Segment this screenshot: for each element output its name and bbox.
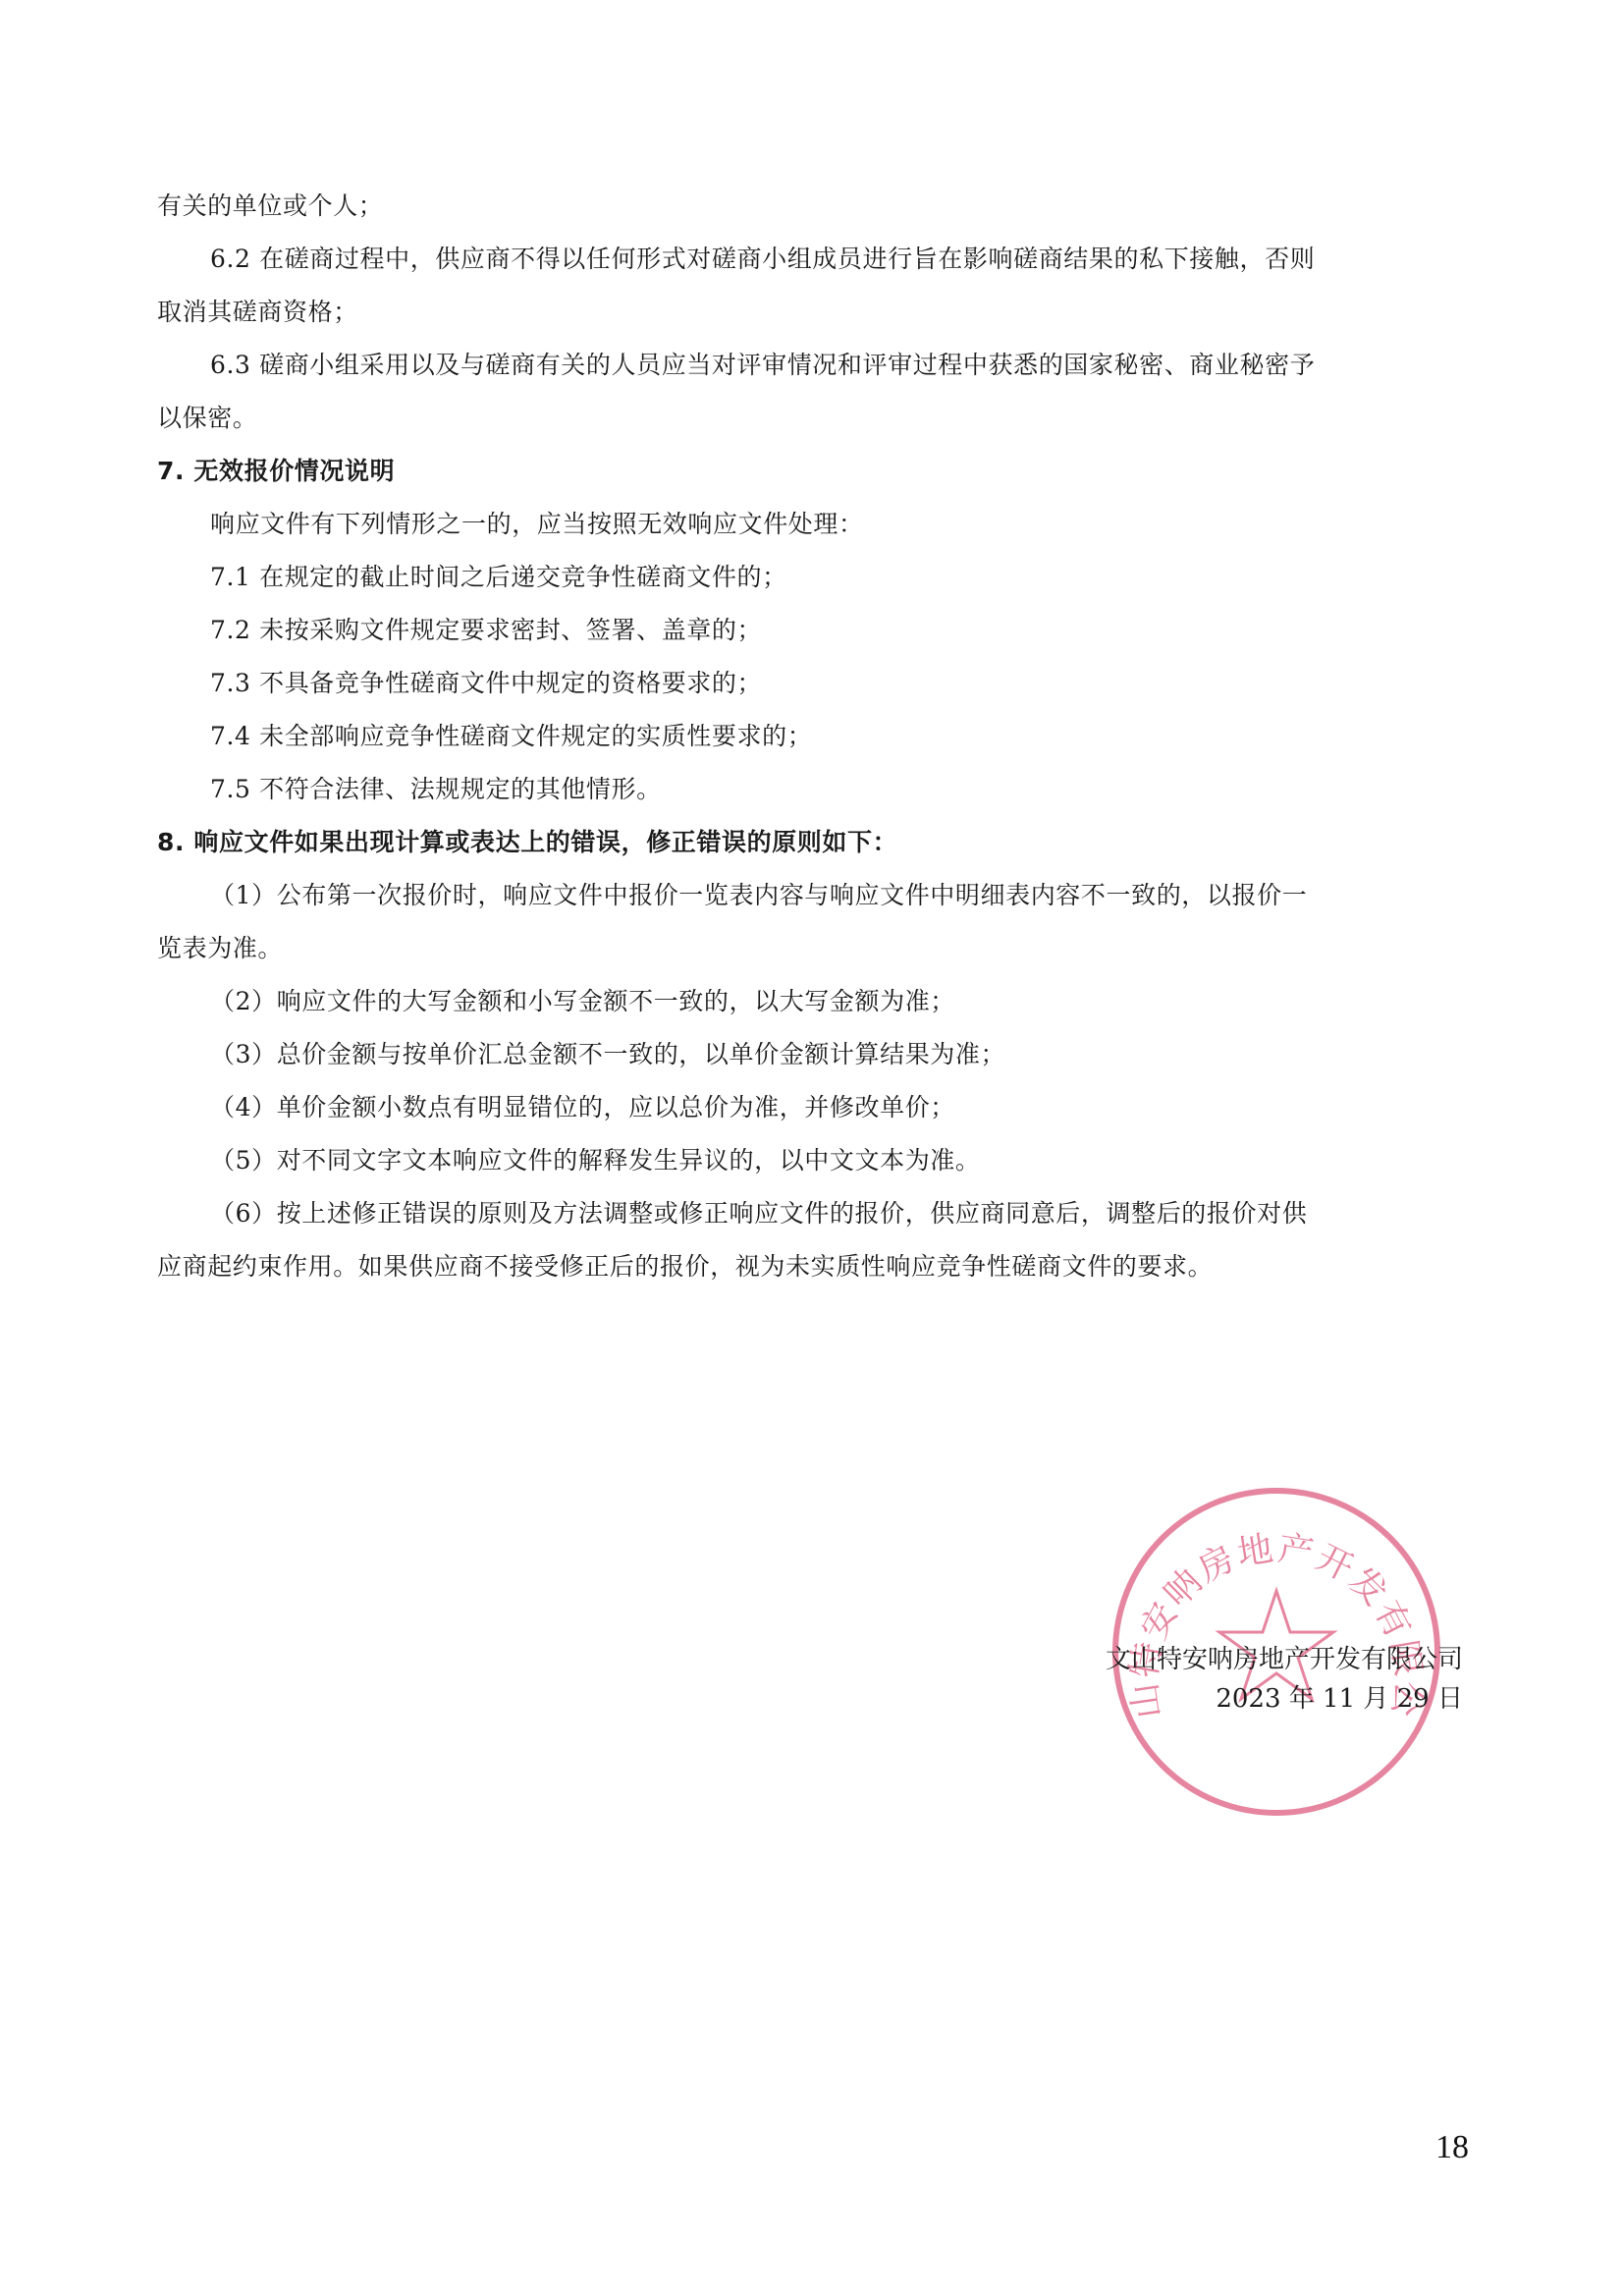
rule-4: （4）单价金额小数点有明显错位的，应以总价为准，并修改单价； <box>157 1081 1461 1134</box>
rule-2: （2）响应文件的大写金额和小写金额不一致的，以大写金额为准； <box>157 975 1461 1028</box>
document-body: 有关的单位或个人； 6.2 在磋商过程中，供应商不得以任何形式对磋商小组成员进行… <box>157 180 1461 1293</box>
signature-block: 文山特安呐房地产开发有限公司 2023 年 11 月 29 日 <box>1106 1640 1463 1719</box>
page-number: 18 <box>1435 2129 1469 2166</box>
rule-6: （6）按上述修正错误的原则及方法调整或修正响应文件的报价，供应商同意后，调整后的… <box>157 1187 1461 1240</box>
clause-7-5: 7.5 不符合法律、法规规定的其他情形。 <box>157 763 1461 816</box>
section-8-heading: 8. 响应文件如果出现计算或表达上的错误，修正错误的原则如下： <box>157 816 1461 869</box>
section-7-intro: 响应文件有下列情形之一的，应当按照无效响应文件处理： <box>157 498 1461 551</box>
document-page: 有关的单位或个人； 6.2 在磋商过程中，供应商不得以任何形式对磋商小组成员进行… <box>0 0 1623 2296</box>
text-line: 以保密。 <box>157 392 1461 445</box>
rule-5: （5）对不同文字文本响应文件的解释发生异议的，以中文文本为准。 <box>157 1134 1461 1187</box>
signature-company: 文山特安呐房地产开发有限公司 <box>1106 1640 1463 1679</box>
text-line: 有关的单位或个人； <box>157 180 1461 233</box>
text-line: 览表为准。 <box>157 922 1461 975</box>
clause-7-3: 7.3 不具备竞争性磋商文件中规定的资格要求的； <box>157 657 1461 710</box>
clause-7-2: 7.2 未按采购文件规定要求密封、签署、盖章的； <box>157 604 1461 657</box>
section-7-heading: 7. 无效报价情况说明 <box>157 445 1461 498</box>
clause-7-4: 7.4 未全部响应竞争性磋商文件规定的实质性要求的； <box>157 710 1461 763</box>
text-line: 取消其磋商资格； <box>157 286 1461 339</box>
clause-7-1: 7.1 在规定的截止时间之后递交竞争性磋商文件的； <box>157 551 1461 604</box>
clause-6-2: 6.2 在磋商过程中，供应商不得以任何形式对磋商小组成员进行旨在影响磋商结果的私… <box>157 233 1461 286</box>
clause-6-3: 6.3 磋商小组采用以及与磋商有关的人员应当对评审情况和评审过程中获悉的国家秘密… <box>157 339 1461 392</box>
rule-1: （1）公布第一次报价时，响应文件中报价一览表内容与响应文件中明细表内容不一致的，… <box>157 869 1461 922</box>
signature-date: 2023 年 11 月 29 日 <box>1106 1679 1463 1719</box>
text-line: 应商起约束作用。如果供应商不接受修正后的报价，视为未实质性响应竞争性磋商文件的要… <box>157 1240 1461 1293</box>
rule-3: （3）总价金额与按单价汇总金额不一致的，以单价金额计算结果为准； <box>157 1028 1461 1081</box>
